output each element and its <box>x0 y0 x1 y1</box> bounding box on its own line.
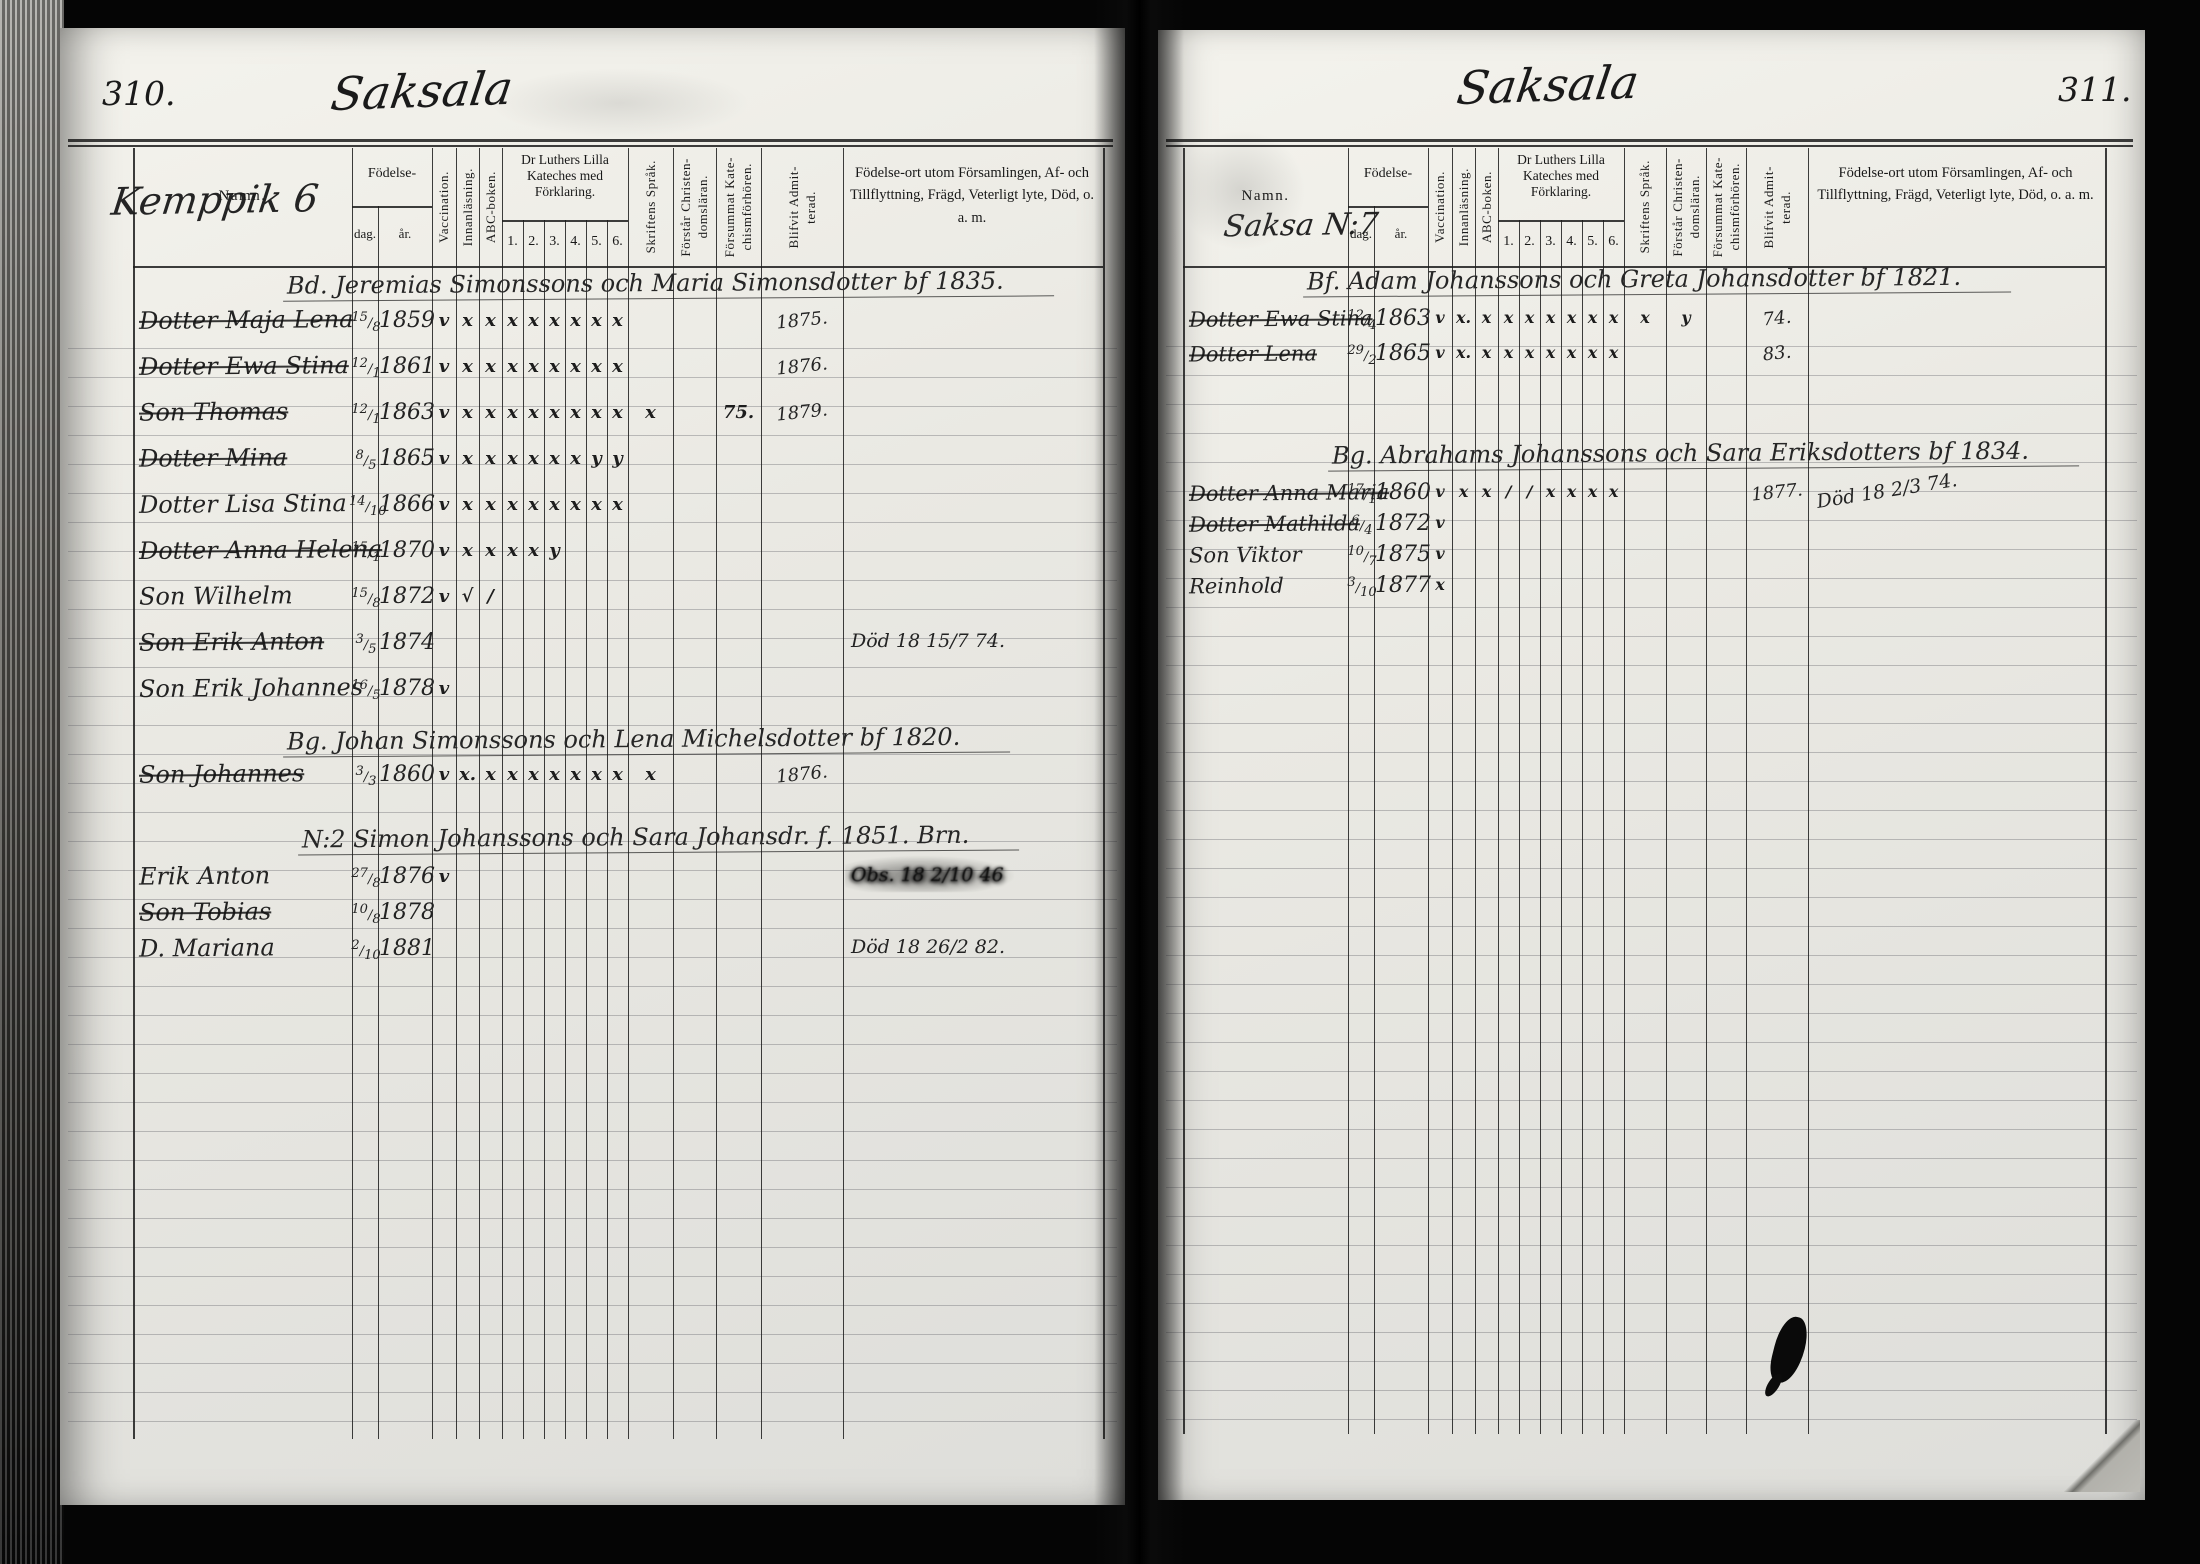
record-mark: x <box>1582 343 1603 362</box>
record-mark: x <box>479 540 502 561</box>
table-rule-vertical <box>1808 148 1809 1434</box>
record-mark: x <box>1624 308 1666 327</box>
person-name: Son Johannes <box>139 759 304 788</box>
birth-year: 1872 <box>379 584 435 609</box>
record-mark: x <box>502 764 523 785</box>
table-rule-vertical <box>1452 148 1453 1434</box>
column-header-blifvit-admitterad: Blifvit Admit-terad. <box>761 152 843 262</box>
birth-day: 17/1 <box>1345 482 1379 507</box>
column-header-remarks: Födelse-ort utom Församlingen, Af- och T… <box>1812 162 2099 207</box>
birth-day: 15/8 <box>349 310 383 335</box>
record-mark: y <box>607 448 628 469</box>
table-rule-vertical <box>479 148 480 1439</box>
village-title-left: Saksala <box>328 61 517 121</box>
record-mark: x <box>544 356 565 377</box>
birth-day: 2/10 <box>349 938 383 963</box>
record-mark: x <box>502 540 523 561</box>
admitted-year: 1876. <box>760 352 844 381</box>
record-mark: x <box>479 764 502 785</box>
record-mark: x <box>565 448 586 469</box>
record-mark: x <box>565 356 586 377</box>
birth-year: 1881 <box>379 936 435 961</box>
record-mark: x <box>607 494 628 515</box>
birth-year: 1863 <box>379 400 435 425</box>
page-number-left: 310. <box>102 74 175 113</box>
column-header-vaccination: Vaccination. <box>1428 152 1452 262</box>
column-header-dag: dag. <box>352 226 378 242</box>
record-mark: x <box>523 764 544 785</box>
record-mark: x <box>1498 343 1519 362</box>
birth-year: 1866 <box>379 492 435 517</box>
record-mark: x <box>523 356 544 377</box>
table-rule-horizontal <box>1348 206 1428 208</box>
person-name: Erik Anton <box>139 861 270 890</box>
record-mark: x <box>523 494 544 515</box>
birth-day: 27/8 <box>349 866 383 891</box>
record-mark: v <box>432 310 456 331</box>
column-header-forsummat-katechismforhoren-text: chismförhören. <box>739 163 755 250</box>
record-mark: v <box>1428 513 1452 532</box>
record-mark: x <box>479 310 502 331</box>
birth-day: 12/1 <box>349 402 383 427</box>
page-number-right: 311. <box>2058 70 2131 109</box>
person-name: Reinhold <box>1189 574 1284 599</box>
column-header-vaccination-text: Vaccination. <box>436 171 452 243</box>
record-mark: x <box>1428 575 1452 594</box>
record-mark: v <box>432 540 456 561</box>
record-mark: v <box>432 678 456 699</box>
person-name: Son Erik Anton <box>139 627 324 657</box>
record-mark: x <box>586 402 607 423</box>
person-name: D. Mariana <box>139 933 275 962</box>
column-header-kateches-num: 6. <box>607 234 628 250</box>
column-header-abc-boken: ABC-boken. <box>1475 152 1498 262</box>
record-mark: x <box>1582 482 1603 501</box>
record-mark: v <box>1428 343 1452 362</box>
record-mark: v <box>432 448 456 469</box>
paper-stain <box>490 68 750 138</box>
record-mark: y <box>1666 308 1706 327</box>
column-header-namn: Namn. <box>133 188 352 205</box>
family-header: Bg. Abrahams Johanssons och Sara Eriksdo… <box>1328 436 2079 471</box>
record-mark: x <box>523 540 544 561</box>
record-mark: x <box>1561 308 1582 327</box>
birth-year: 1870 <box>379 538 435 563</box>
record-mark: x. <box>1452 308 1475 327</box>
column-header-forsummat-katechismforhoren: Försummat Kate-chismförhören. <box>1706 152 1746 262</box>
record-mark: x <box>607 356 628 377</box>
birth-day: 14/10 <box>349 494 383 519</box>
record-mark: x <box>1519 308 1540 327</box>
column-header-remarks: Födelse-ort utom Församlingen, Af- och T… <box>847 162 1097 229</box>
record-mark: x <box>544 494 565 515</box>
record-mark: x <box>456 494 479 515</box>
record-mark: x <box>1540 343 1561 362</box>
birth-day: 12/4 <box>1345 308 1379 333</box>
village-title-right: Saksala <box>1454 55 1643 115</box>
column-header-forstar-christendomslaran: Förstår Christen-domsläran. <box>673 152 716 262</box>
person-name: Dotter Lena <box>1189 341 1317 366</box>
record-mark: x <box>456 448 479 469</box>
column-header-forstar-christendomslaran-text: domsläran. <box>1687 175 1703 238</box>
column-header-innanlasning-text: Innanläsning. <box>1456 168 1472 246</box>
column-header-abc-boken-text: ABC-boken. <box>483 171 499 243</box>
table-rule-horizontal <box>1166 145 2133 147</box>
column-header-kateches: Dr Luthers Lilla Kateches med Förklaring… <box>502 152 628 201</box>
record-mark: x <box>502 402 523 423</box>
column-header-innanlasning: Innanläsning. <box>1452 152 1475 262</box>
birth-day: 10/8 <box>349 902 383 927</box>
column-header-kateches-num: 5. <box>586 234 607 250</box>
record-mark: x <box>523 310 544 331</box>
column-header-kateches-num: 1. <box>1498 234 1519 250</box>
record-mark: x <box>523 448 544 469</box>
record-mark: √ <box>456 586 479 607</box>
record-mark: x <box>1452 482 1475 501</box>
ledger-page-right: 311. Saksala Saksa N:7 Namn.Födelse-dag.… <box>1158 30 2145 1500</box>
record-mark: x <box>1561 343 1582 362</box>
admitted-year: 74. <box>1745 305 1809 332</box>
birth-day: 16/5 <box>349 678 383 703</box>
family-header: N:2 Simon Johanssons och Sara Johansdr. … <box>298 820 1020 855</box>
admitted-year: 1877. <box>1745 479 1809 506</box>
table-rule-vertical <box>1603 220 1604 1434</box>
record-mark: x <box>628 764 673 785</box>
table-rule-vertical <box>1540 220 1541 1434</box>
table-rule-vertical <box>1183 148 1185 1434</box>
column-header-blifvit-admitterad-text: terad. <box>1778 191 1794 224</box>
column-header-skriftens-sprak-text: Skriftens Språk. <box>1637 160 1653 253</box>
column-header-innanlasning: Innanläsning. <box>456 152 479 262</box>
table-rule-vertical <box>1348 148 1349 1434</box>
record-mark: / <box>1519 482 1540 501</box>
table-rule-horizontal <box>1166 139 2133 142</box>
table-rule-vertical <box>352 148 353 1439</box>
birth-day: 15/1 <box>349 540 383 565</box>
birth-year: 1865 <box>1375 341 1431 366</box>
record-mark: x <box>502 356 523 377</box>
column-header-forsummat-katechismforhoren-text: chismförhören. <box>1727 163 1743 250</box>
birth-year: 1859 <box>379 308 435 333</box>
record-mark: v <box>1428 482 1452 501</box>
birth-day: 3/10 <box>1345 575 1379 600</box>
table-rule-vertical <box>716 148 717 1439</box>
column-header-blifvit-admitterad-text: Blifvit Admit- <box>786 166 802 248</box>
book-scan: 310. Saksala Kemppik 6 Namn.Födelse-dag.… <box>0 0 2200 1564</box>
column-header-kateches-num: 4. <box>1561 234 1582 250</box>
record-mark: x <box>456 402 479 423</box>
column-header-fodelse: Födelse- <box>1348 166 1428 182</box>
record-mark: x <box>1603 343 1624 362</box>
birth-day: 12/1 <box>349 356 383 381</box>
birth-year: 1860 <box>1375 480 1431 505</box>
column-header-kateches-num: 3. <box>1540 234 1561 250</box>
record-mark: / <box>1498 482 1519 501</box>
person-name: Dotter Ewa Stina <box>139 351 349 381</box>
birth-year: 1876 <box>379 864 435 889</box>
table-rule-vertical <box>2105 148 2107 1434</box>
column-header-kateches-num: 1. <box>502 234 523 250</box>
birth-day: 3/5 <box>349 632 383 657</box>
record-mark: y <box>586 448 607 469</box>
record-mark: v <box>1428 308 1452 327</box>
record-mark: x <box>544 310 565 331</box>
record-mark: x <box>1603 482 1624 501</box>
table-rule-vertical <box>1519 220 1520 1434</box>
birth-day: 8/5 <box>349 448 383 473</box>
column-header-namn: Namn. <box>1183 188 1348 205</box>
record-mark: x <box>1603 308 1624 327</box>
column-header-vaccination: Vaccination. <box>432 152 456 262</box>
birth-day: 10/7 <box>1345 544 1379 569</box>
birth-year: 1874 <box>379 630 435 655</box>
record-mark: x <box>1475 343 1498 362</box>
record-mark: x <box>565 764 586 785</box>
table-rule-horizontal <box>68 145 1113 147</box>
record-mark: y <box>544 540 565 561</box>
record-mark: x <box>1475 308 1498 327</box>
birth-year: 1878 <box>379 900 435 925</box>
table-rule-vertical <box>761 148 762 1439</box>
record-mark: x <box>1561 482 1582 501</box>
book-spine-edge <box>0 0 64 1564</box>
column-header-forstar-christendomslaran: Förstår Christen-domsläran. <box>1666 152 1706 262</box>
record-mark: x. <box>456 764 479 785</box>
birth-day: 3/3 <box>349 764 383 789</box>
column-header-skriftens-sprak-text: Skriftens Språk. <box>643 160 659 253</box>
record-mark: v <box>432 866 456 887</box>
person-name: Son Thomas <box>139 397 289 426</box>
column-header-kateches-num: 4. <box>565 234 586 250</box>
birth-day: 29/2 <box>1345 343 1379 368</box>
column-header-forsummat-katechismforhoren-text: Försummat Kate- <box>1710 157 1726 257</box>
admitted-year: 1875. <box>760 306 844 335</box>
record-mark: x <box>565 402 586 423</box>
margin-note: Död 18 2/3 74. <box>1815 469 1959 513</box>
margin-note: Död 18 15/7 74. <box>851 630 1005 652</box>
record-mark: x <box>586 310 607 331</box>
table-rule-vertical <box>1374 206 1375 1434</box>
table-rule-vertical <box>133 148 135 1439</box>
record-mark: x <box>1519 343 1540 362</box>
table-rule-vertical <box>1561 220 1562 1434</box>
birth-year: 1861 <box>379 354 435 379</box>
birth-year: 1860 <box>379 762 435 787</box>
family-header: Bg. Johan Simonssons och Lena Michelsdot… <box>283 722 1010 757</box>
column-header-blifvit-admitterad-text: Blifvit Admit- <box>1761 166 1777 248</box>
record-mark: v <box>432 494 456 515</box>
table-rule-vertical <box>1582 220 1583 1434</box>
column-header-forstar-christendomslaran-text: Förstår Christen- <box>1670 158 1686 257</box>
record-mark: x <box>1498 308 1519 327</box>
record-mark: x <box>607 764 628 785</box>
admitted-year: 1879. <box>760 398 844 427</box>
column-header-dag: dag. <box>1348 226 1374 242</box>
person-name: Son Erik Johannes <box>139 673 363 703</box>
table-rule-vertical <box>1746 148 1747 1434</box>
birth-year: 1863 <box>1375 306 1431 331</box>
column-header-kateches-num: 2. <box>523 234 544 250</box>
table-rule-vertical <box>1624 148 1625 1434</box>
column-header-ar: år. <box>1374 226 1428 242</box>
record-mark: x <box>502 310 523 331</box>
record-mark: x <box>1475 482 1498 501</box>
admitted-year: 1876. <box>760 760 844 789</box>
family-header: Bf. Adam Johanssons och Greta Johansdott… <box>1303 263 2011 298</box>
column-header-kateches-num: 2. <box>1519 234 1540 250</box>
family-header: Bd. Jeremias Simonssons och Maria Simons… <box>283 266 1054 301</box>
column-header-kateches-num: 3. <box>544 234 565 250</box>
birth-year: 1875 <box>1375 542 1431 567</box>
column-header-vaccination-text: Vaccination. <box>1432 171 1448 243</box>
column-header-forsummat-katechismforhoren: Försummat Kate-chismförhören. <box>716 152 761 262</box>
table-rule-horizontal <box>68 139 1113 142</box>
record-mark: v <box>432 586 456 607</box>
birth-day: 15/8 <box>349 586 383 611</box>
record-mark: x <box>502 448 523 469</box>
column-header-forstar-christendomslaran-text: domsläran. <box>695 175 711 238</box>
table-rule-vertical <box>843 148 844 1439</box>
person-name: Son Viktor <box>1189 543 1302 568</box>
column-header-innanlasning-text: Innanläsning. <box>460 168 476 246</box>
table-rule-vertical <box>378 206 379 1439</box>
record-mark: x <box>456 540 479 561</box>
table-rule-vertical <box>628 148 629 1439</box>
record-mark: x <box>479 494 502 515</box>
column-header-forsummat-katechismforhoren-text: Försummat Kate- <box>722 157 738 257</box>
record-mark: v <box>432 402 456 423</box>
birth-day: 6/4 <box>1345 513 1379 538</box>
record-mark: x <box>565 494 586 515</box>
record-mark: x <box>1540 482 1561 501</box>
birth-year: 1878 <box>379 676 435 701</box>
column-header-kateches: Dr Luthers Lilla Kateches med Förklaring… <box>1498 152 1624 201</box>
record-mark: 75. <box>716 402 761 423</box>
record-mark: v <box>1428 544 1452 563</box>
table-rule-vertical <box>673 148 674 1439</box>
table-rule-vertical <box>1706 148 1707 1434</box>
birth-year: 1865 <box>379 446 435 471</box>
column-header-skriftens-sprak: Skriftens Språk. <box>1624 152 1666 262</box>
record-mark: x <box>544 764 565 785</box>
record-mark: x <box>479 356 502 377</box>
column-header-ar: år. <box>378 226 432 242</box>
record-mark: x <box>479 402 502 423</box>
person-name: Son Tobias <box>139 897 271 926</box>
ledger-page-left: 310. Saksala Kemppik 6 Namn.Födelse-dag.… <box>60 28 1125 1505</box>
margin-note: Död 18 26/2 82. <box>851 936 1005 958</box>
person-name: Dotter Mina <box>139 443 288 472</box>
table-rule-vertical <box>1103 148 1105 1439</box>
table-rule-horizontal <box>352 206 432 208</box>
record-mark: x <box>544 448 565 469</box>
record-mark: x <box>456 356 479 377</box>
person-name: Dotter Lisa Stina <box>139 489 347 519</box>
column-header-abc-boken: ABC-boken. <box>479 152 502 262</box>
record-mark: x <box>586 356 607 377</box>
column-header-abc-boken-text: ABC-boken. <box>1479 171 1495 243</box>
column-header-blifvit-admitterad: Blifvit Admit-terad. <box>1746 152 1808 262</box>
record-mark: x <box>586 494 607 515</box>
table-rule-vertical <box>456 148 457 1439</box>
column-header-kateches-num: 6. <box>1603 234 1624 250</box>
record-mark: x <box>479 448 502 469</box>
birth-year: 1872 <box>1375 511 1431 536</box>
table-rule-vertical <box>502 148 503 1439</box>
birth-year: 1877 <box>1375 573 1431 598</box>
column-header-kateches-num: 5. <box>1582 234 1603 250</box>
record-mark: x <box>628 402 673 423</box>
record-mark: v <box>432 764 456 785</box>
record-mark: v <box>432 356 456 377</box>
record-mark: x <box>607 310 628 331</box>
record-mark: x. <box>1452 343 1475 362</box>
record-mark: x <box>502 494 523 515</box>
column-header-fodelse: Födelse- <box>352 166 432 182</box>
record-mark: x <box>1540 308 1561 327</box>
record-mark: x <box>456 310 479 331</box>
record-mark: / <box>479 586 502 607</box>
person-name: Son Wilhelm <box>139 581 293 610</box>
column-header-blifvit-admitterad-text: terad. <box>803 191 819 224</box>
record-mark: x <box>523 402 544 423</box>
person-name: Dotter Anna Helena <box>139 535 382 565</box>
record-mark: x <box>565 310 586 331</box>
page-corner-fold <box>2064 1420 2140 1492</box>
record-mark: x <box>544 402 565 423</box>
table-rule-vertical <box>1475 148 1476 1434</box>
column-header-forstar-christendomslaran-text: Förstår Christen- <box>678 158 694 257</box>
margin-note: Obs. 18 2/10 46 <box>851 864 1004 886</box>
record-mark: x <box>586 764 607 785</box>
table-rule-vertical <box>1666 148 1667 1434</box>
admitted-year: 83. <box>1745 340 1809 367</box>
record-mark: x <box>1582 308 1603 327</box>
column-header-skriftens-sprak: Skriftens Språk. <box>628 152 673 262</box>
person-name: Dotter Mathilda <box>1189 511 1360 536</box>
person-name: Dotter Maja Lena <box>139 305 354 335</box>
table-rule-vertical <box>432 148 433 1439</box>
record-mark: x <box>607 402 628 423</box>
table-rule-vertical <box>1498 148 1499 1434</box>
